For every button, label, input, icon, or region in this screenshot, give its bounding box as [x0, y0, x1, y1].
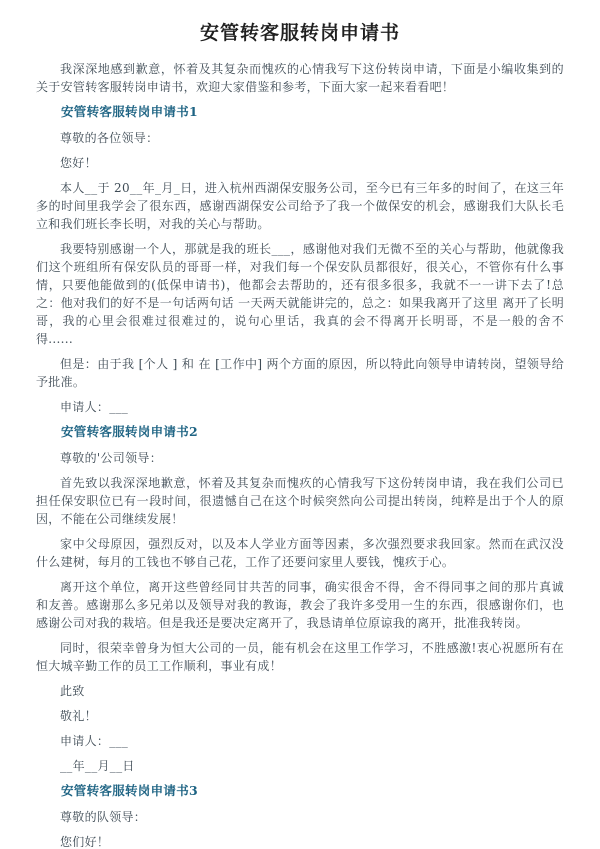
- letter-1-greeting: 您好！: [36, 154, 564, 172]
- intro-paragraph: 我深深地感到歉意，怀着及其复杂而愧疚的心情我写下这份转岗申请，下面是小编收集到的…: [36, 60, 564, 96]
- letter-2-date-line: __年__月__日: [36, 757, 564, 775]
- letter-1-body-paragraph: 本人__于 20__年_月_日，进入杭州西湖保安服务公司，至今已有三年多的时间了…: [36, 179, 564, 233]
- section-1-heading: 安管转客服转岗申请书1: [36, 103, 564, 121]
- document-page: 安管转客服转岗申请书 我深深地感到歉意，怀着及其复杂而愧疚的心情我写下这份转岗申…: [0, 0, 600, 849]
- letter-2-body-paragraph: 离开这个单位，离开这些曾经同甘共苦的同事，确实很舍不得，舍不得同事之间的那片真诚…: [36, 578, 564, 632]
- letter-1-body-paragraph: 我要特别感谢一个人，那就是我的班长___，感谢他对我们无微不至的关心与帮助，他就…: [36, 240, 564, 348]
- letter-3-greeting: 您们好！: [36, 833, 564, 849]
- letter-2-closing: 此致: [36, 682, 564, 700]
- page-title: 安管转客服转岗申请书: [36, 20, 564, 46]
- letter-2-body-paragraph: 家中父母原因，强烈反对，以及本人学业方面等因素，多次强烈要求我回家。然而在武汉没…: [36, 535, 564, 571]
- letter-2-closing-salute: 敬礼！: [36, 707, 564, 725]
- letter-1-signature-line: 申请人：___: [36, 398, 564, 416]
- letter-1-body-paragraph: 但是：由于我 [个人 ] 和 在 [工作中] 两个方面的原因，所以特此向领导申请…: [36, 355, 564, 391]
- letter-2-salutation: 尊敬的'公司领导：: [36, 449, 564, 467]
- letter-3-salutation: 尊敬的队领导：: [36, 808, 564, 826]
- section-3-heading: 安管转客服转岗申请书3: [36, 782, 564, 800]
- letter-2-body-paragraph: 首先致以我深深地歉意，怀着及其复杂而愧疚的心情我写下这份转岗申请，我在我们公司已…: [36, 474, 564, 528]
- letter-2-signature-line: 申请人：___: [36, 732, 564, 750]
- letter-1-salutation: 尊敬的各位领导：: [36, 129, 564, 147]
- letter-2-body-paragraph: 同时，很荣幸曾身为恒大公司的一员，能有机会在这里工作学习，不胜感激!衷心祝愿所有…: [36, 639, 564, 675]
- section-2-heading: 安管转客服转岗申请书2: [36, 423, 564, 441]
